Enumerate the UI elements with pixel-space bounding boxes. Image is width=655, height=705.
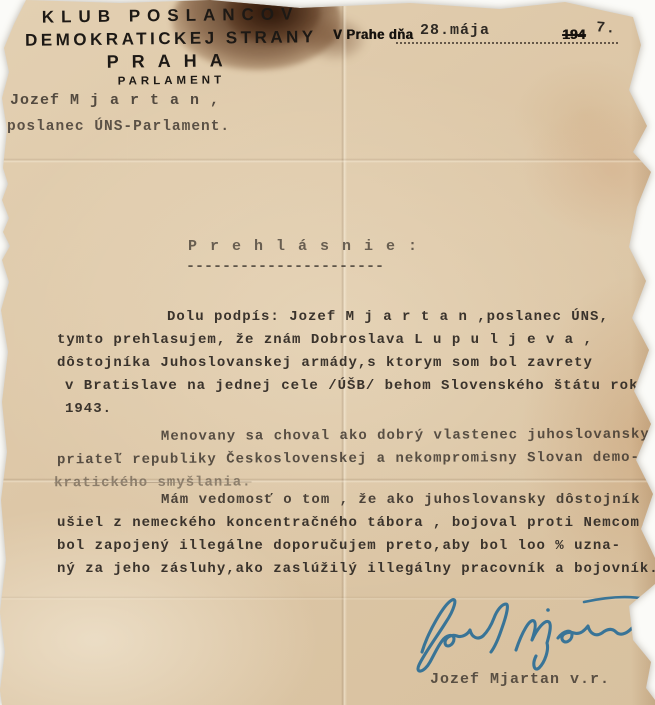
typed-signature: Jozef Mjartan v.r. [430,671,610,688]
letterhead: KLUB POSLANCOV DEMOKRATICKEJ STRANY PRAH… [15,4,328,89]
left-edge-tear-mark [0,84,4,92]
dateline-year-printed: 194 [562,26,585,42]
typed-line: bol zapojený illegálne doporučujem preto… [57,535,649,558]
typed-line: tymto prehlasujem, že znám Dobroslava L … [57,329,649,352]
paper-shadow: KLUB POSLANCOV DEMOKRATICKEJ STRANY PRAH… [0,0,655,705]
sender-role: poslanec ÚNS-Parlament. [7,119,230,135]
letterhead-line-3: PRAHA [15,49,327,74]
dateline-typed-date: 28.mája [420,22,490,39]
handwritten-signature [388,588,653,678]
paper: KLUB POSLANCOV DEMOKRATICKEJ STRANY PRAH… [0,0,655,705]
typed-line: Mám vedomosť o tom , že ako juhoslovansk… [57,489,649,512]
document-title: P r e h l á s n i e : [188,238,419,255]
typed-line: v Bratislave na jednej cele /ÚŠB/ behom … [65,375,655,398]
dateline-place-label: V Prahe dňa [333,27,413,42]
scanned-letter: KLUB POSLANCOV DEMOKRATICKEJ STRANY PRAH… [0,0,655,705]
left-edge-tear-mark [0,54,5,63]
typed-line: Menovany sa choval ako dobrý vlastenec j… [57,424,649,450]
dateline-year-typed: 7. [595,19,616,38]
signature-t-bar [584,597,646,602]
paragraph-3: Mám vedomosť o tom , že ako juhoslovansk… [57,489,649,581]
horizontal-fold-crease [0,158,655,163]
signature-j-dot [546,608,550,612]
typed-line: ušiel z nemeckého koncentračného tábora … [57,512,649,535]
letterhead-line-2: DEMOKRATICKEJ STRANY [15,27,327,51]
signature-stroke [418,600,644,672]
sender-name: Jozef M j a r t a n , [10,92,220,109]
title-underline: ---------------------- [186,258,384,275]
paragraph-2: Menovany sa choval ako dobrý vlastenec j… [57,424,649,496]
typed-line: Dolu podpís: Jozef M j a r t a n ,poslan… [57,306,649,329]
paragraph-1: Dolu podpís: Jozef M j a r t a n ,poslan… [57,306,649,421]
typed-line: dôstojníka Juhoslovanskej armády,s ktory… [57,352,649,375]
typed-line: ný za jeho zásluhy,ako zaslúžilý illegál… [57,558,649,581]
letterhead-line-4: PARLAMENT [15,73,327,89]
typed-line: 1943. [65,398,655,421]
typed-line: priateľ republiky Československej a neko… [57,447,649,473]
letterhead-line-1: KLUB POSLANCOV [15,4,327,28]
